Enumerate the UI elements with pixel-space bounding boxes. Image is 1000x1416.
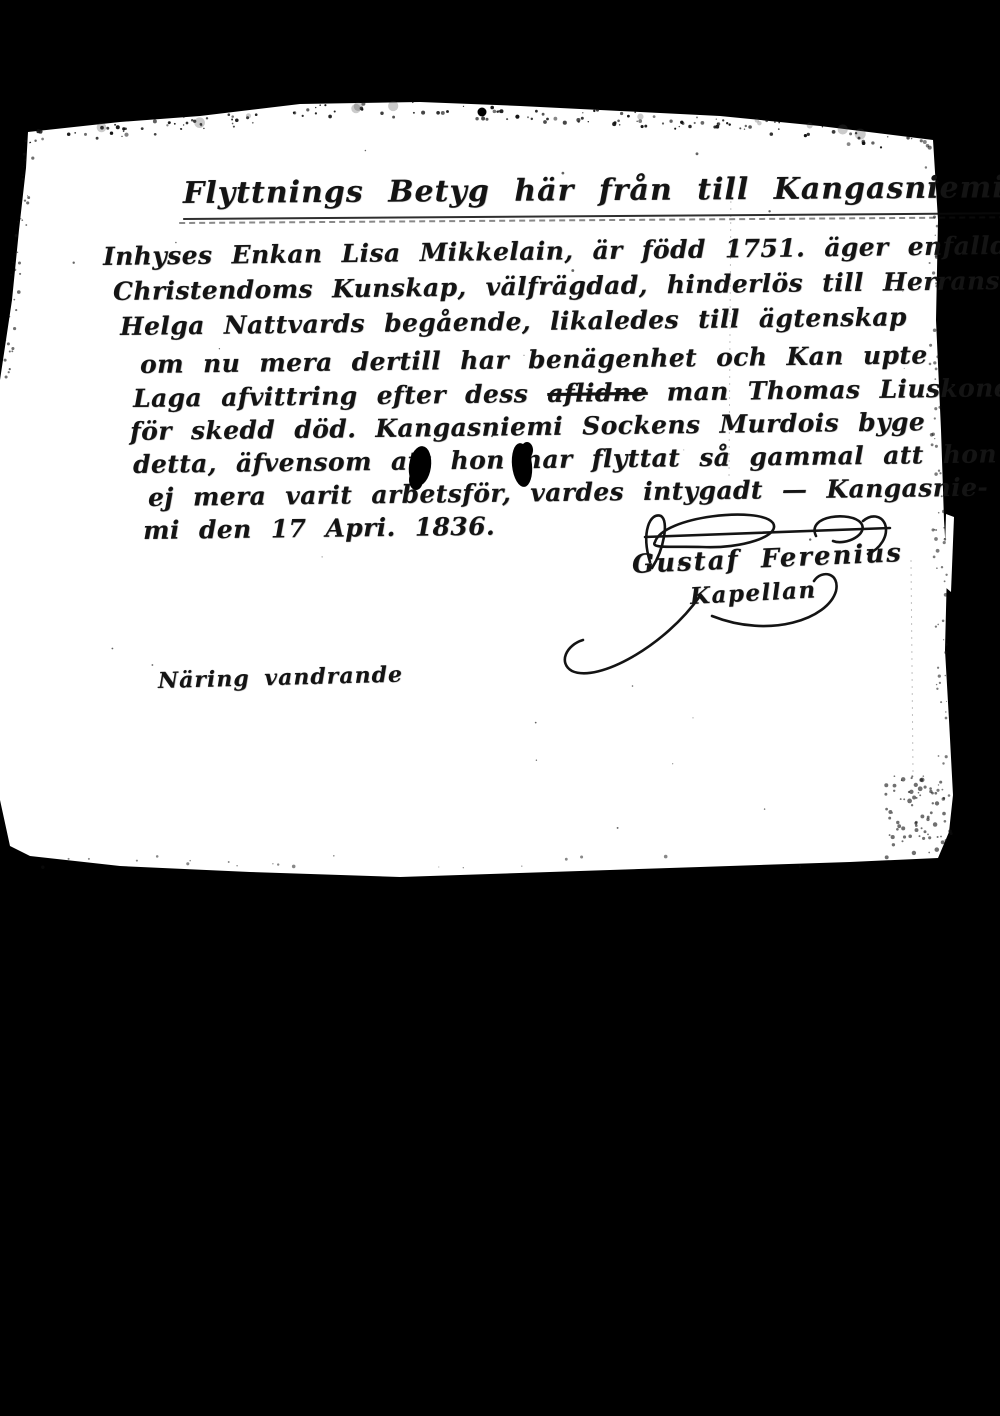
handwriting-layer: Flyttnings Betyg här från till Kangasnie… [0,0,1000,1416]
body-line-3: Helga Nattvards begående, likaledes till… [120,302,907,341]
body-line-5-post: man Thomas Liuskonen [647,373,1000,407]
document-title: Flyttnings Betyg här från till Kangasnie… [183,170,1000,220]
scanned-document-page: Flyttnings Betyg här från till Kangasnie… [0,0,1000,1416]
body-line-2: Christendoms Kunskap, välfrägdad, hinder… [113,266,1000,306]
body-line-8: ej mera varit arbetsför, vardes intygadt… [148,473,989,512]
body-line-5-pre: Laga afvittring efter dess [133,379,548,413]
body-line-7: detta, äfvensom att hon har flyttat så g… [133,439,997,479]
body-line-4: om nu mera dertill har benägenhet och Ka… [140,340,928,379]
body-line-1: Inhyses Enkan Lisa Mikkelain, är född 17… [103,231,1000,271]
body-line-9: mi den 17 Apri. 1836. [143,512,495,545]
struck-word: aflidne [547,378,648,408]
signature-role: Kapellan [689,576,817,610]
signature-name: Gustaf Ferenius [631,538,903,580]
margin-note: Näring vandrande [158,662,404,694]
document-title-text: Flyttnings Betyg här från till Kangasnie… [183,170,1000,220]
body-line-6: för skedd död. Kangasniemi Sockens Murdo… [130,407,925,446]
